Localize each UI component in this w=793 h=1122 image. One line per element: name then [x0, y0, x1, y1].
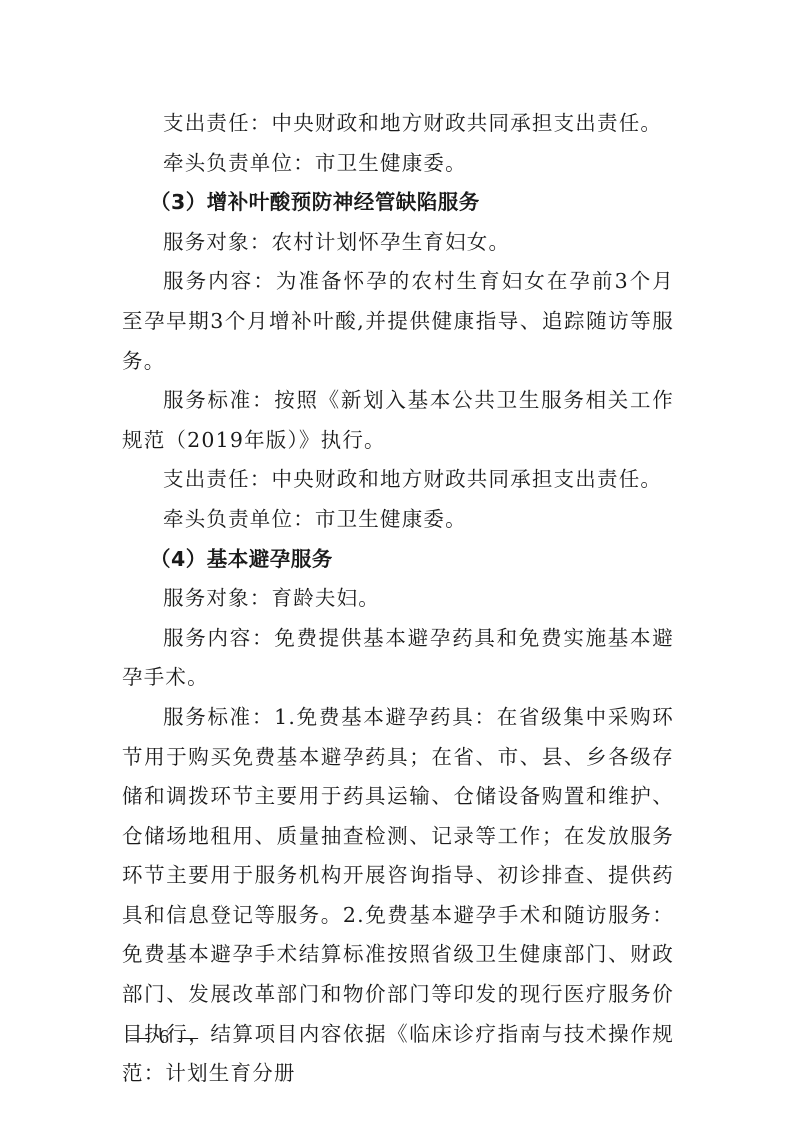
document-body: 支出责任：中央财政和地方财政共同承担支出责任。 牵头负责单位：市卫生健康委。 （… [122, 104, 674, 1094]
paragraph-service-standard-1: 服务标准：按照《新划入基本公共卫生服务相关工作规范（2019年版）》执行。 [122, 381, 674, 460]
paragraph-service-content-1: 服务内容：为准备怀孕的农村生育妇女在孕前3个月至孕早期3个月增补叶酸,并提供健康… [122, 262, 674, 381]
paragraph-expenditure-responsibility-2: 支出责任：中央财政和地方财政共同承担支出责任。 [122, 460, 674, 500]
paragraph-service-content-2: 服务内容：免费提供基本避孕药具和免费实施基本避孕手术。 [122, 619, 674, 698]
section-heading-contraception: （4）基本避孕服务 [122, 540, 674, 580]
paragraph-lead-unit-2: 牵头负责单位：市卫生健康委。 [122, 500, 674, 540]
paragraph-service-target-1: 服务对象：农村计划怀孕生育妇女。 [122, 223, 674, 263]
page-number: — 6 — [130, 1026, 200, 1049]
section-heading-folic-acid: （3）增补叶酸预防神经管缺陷服务 [122, 183, 674, 223]
paragraph-service-target-2: 服务对象：育龄夫妇。 [122, 579, 674, 619]
paragraph-lead-unit-1: 牵头负责单位：市卫生健康委。 [122, 144, 674, 184]
paragraph-expenditure-responsibility-1: 支出责任：中央财政和地方财政共同承担支出责任。 [122, 104, 674, 144]
paragraph-service-standard-2: 服务标准：1.免费基本避孕药具：在省级集中采购环节用于购买免费基本避孕药具；在省… [122, 698, 674, 1094]
